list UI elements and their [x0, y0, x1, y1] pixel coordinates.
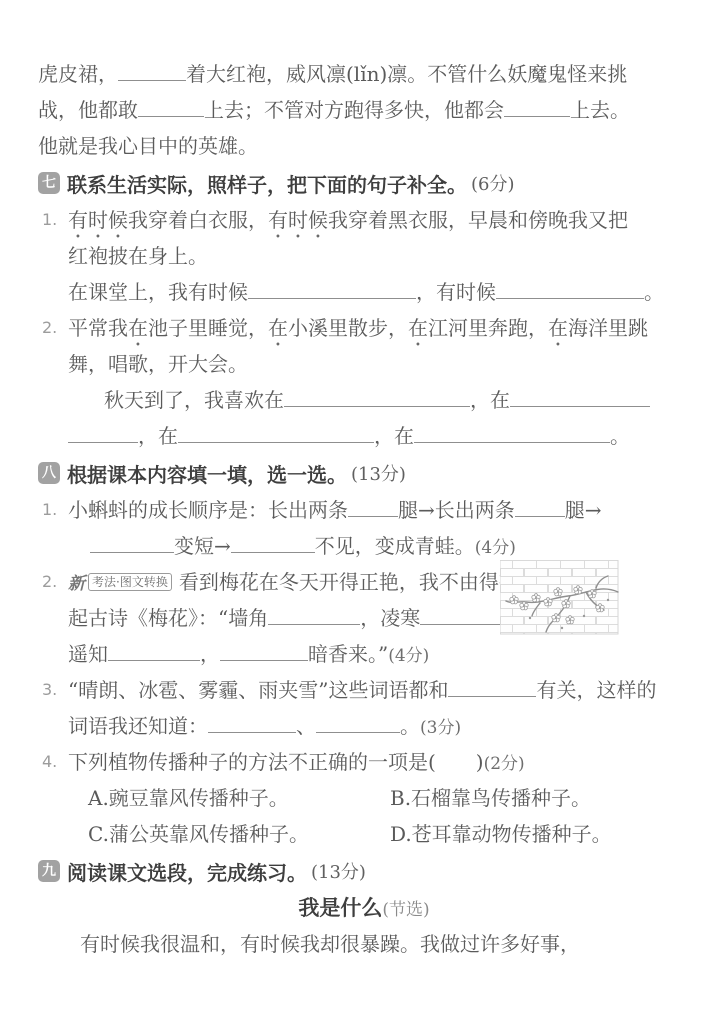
text-segment: 腿→长出两条 — [398, 498, 515, 522]
text-segment: 有时候 — [68, 208, 128, 232]
text-segment: “晴朗、冰雹、雾霾、雨夹雪”这些词语都和 — [68, 678, 448, 702]
section-7-title: 联系生活实际，照样子，把下面的句子补全。 — [67, 169, 467, 198]
question-7-1-number: 1. — [42, 202, 57, 238]
text-segment: 遥知 — [68, 642, 108, 666]
question-8-1: 1. 小蝌蚪的成长顺序是：长出两条腿→长出两条腿→ 变短→不见，变成青蛙。(4分… — [38, 492, 690, 564]
question-7-2-number: 2. — [42, 310, 57, 346]
section-9-title: 阅读课文选段，完成练习。 — [67, 857, 307, 886]
text-segment: 在 — [408, 316, 428, 340]
fill-in-blank — [90, 535, 174, 553]
question-8-2-text-1: 看到梅花在冬天开得正艳，我不由得想 — [179, 570, 519, 594]
question-8-1-line-2: 变短→不见，变成青蛙。(4分) — [90, 528, 690, 564]
question-8-3: 3. “晴朗、冰雹、雾霾、雨夹雪”这些词语都和有关，这样的 词语我还知道：、。(… — [38, 672, 690, 744]
fill-in-blank — [268, 607, 360, 625]
text-segment: ，在 — [470, 388, 510, 412]
section-8-header: 八 根据课本内容填一填，选一选。 (13分) — [38, 454, 690, 492]
passage-body-line: 有时候我很温和，有时候我却很暴躁。我做过许多好事， — [80, 926, 690, 962]
fill-in-blank — [316, 715, 400, 733]
intro-paragraph: 虎皮裙，着大红袍，威风凛(lǐn)凛。不管什么妖魔鬼怪来挑 战，他都敢上去；不管… — [38, 56, 690, 164]
text-segment: 有时候我很温和，有时候我却很暴躁。我做过许多好事， — [80, 932, 580, 956]
question-7-1: 1. 有时候我穿着白衣服，有时候我穿着黑衣服，早晨和傍晚我又把 红袍披在身上。 … — [38, 202, 690, 310]
fill-in-blank — [414, 425, 610, 443]
question-8-4: 4. 下列植物传播种子的方法不正确的一项是( )(2分) A.豌豆靠风传播种子。… — [38, 744, 690, 852]
section-8-number-icon: 八 — [38, 462, 60, 484]
text-segment: ， — [200, 642, 220, 666]
fill-in-blank — [248, 281, 416, 299]
section-9-header: 九 阅读课文选段，完成练习。 (13分) — [38, 852, 690, 890]
text-segment: ，有时候 — [416, 280, 496, 304]
fill-in-blank — [496, 281, 644, 299]
fill-in-blank — [178, 425, 374, 443]
text-segment: 不见，变成青蛙。 — [315, 534, 475, 558]
fill-in-blank — [108, 643, 200, 661]
option-b: B.石榴靠鸟传播种子。 — [390, 780, 591, 816]
section-9-number-icon: 九 — [38, 860, 60, 882]
question-7-2-line-4: ，在，在。 — [68, 418, 690, 454]
text-segment: 秋天到了，我喜欢在 — [104, 388, 284, 412]
fill-in-blank — [515, 499, 565, 517]
worksheet-page: 虎皮裙，着大红袍，威风凛(lǐn)凛。不管什么妖魔鬼怪来挑 战，他都敢上去；不管… — [0, 0, 724, 1024]
option-a: A.豌豆靠风传播种子。 — [88, 780, 390, 816]
text-to-image-badge: 考法·图文转换 — [88, 573, 172, 591]
score-note: (4分) — [475, 538, 516, 558]
text-segment: 我穿着黑衣服，早晨和傍晚我又把 — [328, 208, 628, 232]
question-8-3-line-2: 词语我还知道：、。(3分) — [68, 708, 690, 744]
text-segment: ，凌寒 — [360, 606, 420, 630]
text-segment: 池子里睡觉， — [148, 316, 268, 340]
text-segment: 在课堂上，我有时候 — [68, 280, 248, 304]
section-7-header: 七 联系生活实际，照样子，把下面的句子补全。 (6分) — [38, 164, 690, 202]
option-d: D.苍耳靠动物传播种子。 — [390, 816, 612, 852]
question-7-2: 2. 平常我在池子里睡觉，在小溪里散步，在江河里奔跑，在海洋里跳 舞，唱歌，开大… — [38, 310, 690, 454]
text-segment: 我穿着白衣服， — [128, 208, 268, 232]
fill-in-blank — [208, 715, 296, 733]
question-8-3-line-1: “晴朗、冰雹、雾霾、雨夹雪”这些词语都和有关，这样的 — [68, 672, 690, 708]
fill-in-blank — [448, 679, 536, 697]
text-segment: ，在 — [374, 424, 414, 448]
question-7-2-line-1: 平常我在池子里睡觉，在小溪里散步，在江河里奔跑，在海洋里跳 — [68, 310, 690, 346]
text-segment: 。 — [644, 280, 664, 304]
text-segment: 。 — [610, 424, 630, 448]
text-segment: 看到梅花在冬天开得正艳，我不由得想 — [179, 570, 519, 594]
section-8-title: 根据课本内容填一填，选一选。 — [67, 459, 347, 488]
question-7-1-line-3: 在课堂上，我有时候，有时候。 — [68, 274, 690, 310]
text-segment: 腿→ — [565, 498, 602, 522]
text-segment: 有时候 — [268, 208, 328, 232]
section-7-score: (6分) — [471, 170, 515, 196]
text-segment: 在 — [128, 316, 148, 340]
text-segment: 变短→ — [174, 534, 231, 558]
text-segment: 红袍披在身上。 — [68, 244, 208, 268]
question-8-2: 2. 新考法·图文转换看到梅花在冬天开得正艳，我不由得想 起古诗《梅花》：“墙角… — [38, 564, 690, 672]
text-segment: 。 — [400, 714, 420, 738]
text-segment: 词语我还知道： — [68, 714, 208, 738]
question-8-4-number: 4. — [42, 744, 57, 780]
fill-in-blank — [284, 389, 470, 407]
text-segment: 小溪里散步， — [288, 316, 408, 340]
option-c: C.蒲公英靠风传播种子。 — [88, 816, 390, 852]
fill-in-blank — [348, 499, 398, 517]
question-8-1-line-1: 小蝌蚪的成长顺序是：长出两条腿→长出两条腿→ — [68, 492, 690, 528]
text-segment: 上去。 — [570, 98, 630, 122]
plum-blossom-brick-wall-image — [500, 560, 620, 642]
section-7-number-icon: 七 — [38, 172, 60, 194]
score-note: (4分) — [388, 646, 429, 666]
text-segment: 起古诗《梅花》：“墙角 — [68, 606, 268, 630]
text-segment: 平常我 — [68, 316, 128, 340]
text-segment: 着大红袍，威风凛(lǐn)凛。不管什么妖魔鬼怪来挑 — [186, 62, 627, 86]
intro-line-1: 虎皮裙，着大红袍，威风凛(lǐn)凛。不管什么妖魔鬼怪来挑 — [38, 56, 690, 92]
text-segment: 有关，这样的 — [536, 678, 656, 702]
question-8-3-number: 3. — [42, 672, 57, 708]
text-segment: 、 — [296, 714, 316, 738]
fill-in-blank — [510, 389, 650, 407]
section-8-score: (13分) — [351, 460, 406, 486]
question-7-2-line-3: 秋天到了，我喜欢在，在 — [104, 382, 690, 418]
passage-title: 我是什么 — [298, 896, 382, 920]
text-segment: 上去；不管对方跑得多快，他都会 — [204, 98, 504, 122]
question-7-2-line-2: 舞，唱歌，开大会。 — [68, 346, 690, 382]
fill-in-blank — [220, 643, 308, 661]
options-row-1: A.豌豆靠风传播种子。 B.石榴靠鸟传播种子。 — [88, 780, 690, 816]
new-exam-style-badge: 新 — [68, 574, 85, 594]
fill-in-blank — [231, 535, 315, 553]
text-segment: 虎皮裙， — [38, 62, 118, 86]
intro-line-2: 战，他都敢上去；不管对方跑得多快，他都会上去。 — [38, 92, 690, 128]
score-note: (2分) — [484, 754, 525, 774]
passage-subtitle: (节选) — [382, 900, 429, 920]
score-note: (3分) — [420, 718, 461, 738]
fill-in-blank — [118, 63, 186, 81]
text-segment: 小蝌蚪的成长顺序是：长出两条 — [68, 498, 348, 522]
question-7-1-line-1: 有时候我穿着白衣服，有时候我穿着黑衣服，早晨和傍晚我又把 — [68, 202, 690, 238]
question-8-2-number: 2. — [42, 564, 57, 600]
intro-line-3: 他就是我心目中的英雄。 — [38, 128, 690, 164]
text-segment: 江河里奔跑， — [428, 316, 548, 340]
text-segment: 他就是我心目中的英雄。 — [38, 134, 258, 158]
text-segment: 战，他都敢 — [38, 98, 138, 122]
options-row-2: C.蒲公英靠风传播种子。 D.苍耳靠动物传播种子。 — [88, 816, 690, 852]
text-segment: 舞，唱歌，开大会。 — [68, 352, 248, 376]
fill-in-blank — [138, 99, 204, 117]
section-9-score: (13分) — [311, 858, 366, 884]
question-8-4-stem: 下列植物传播种子的方法不正确的一项是( )(2分) — [68, 744, 690, 780]
question-8-1-number: 1. — [42, 492, 57, 528]
question-7-1-line-2: 红袍披在身上。 — [68, 238, 690, 274]
passage-title-line: 我是什么(节选) — [38, 890, 690, 926]
fill-in-blank — [420, 607, 508, 625]
fill-in-blank — [68, 425, 138, 443]
text-segment: 海洋里跳 — [568, 316, 648, 340]
text-segment: 在 — [268, 316, 288, 340]
text-segment: 在 — [548, 316, 568, 340]
text-segment: 暗香来。” — [308, 642, 388, 666]
text-segment: 下列植物传播种子的方法不正确的一项是( ) — [68, 750, 484, 774]
text-segment: ，在 — [138, 424, 178, 448]
fill-in-blank — [504, 99, 570, 117]
